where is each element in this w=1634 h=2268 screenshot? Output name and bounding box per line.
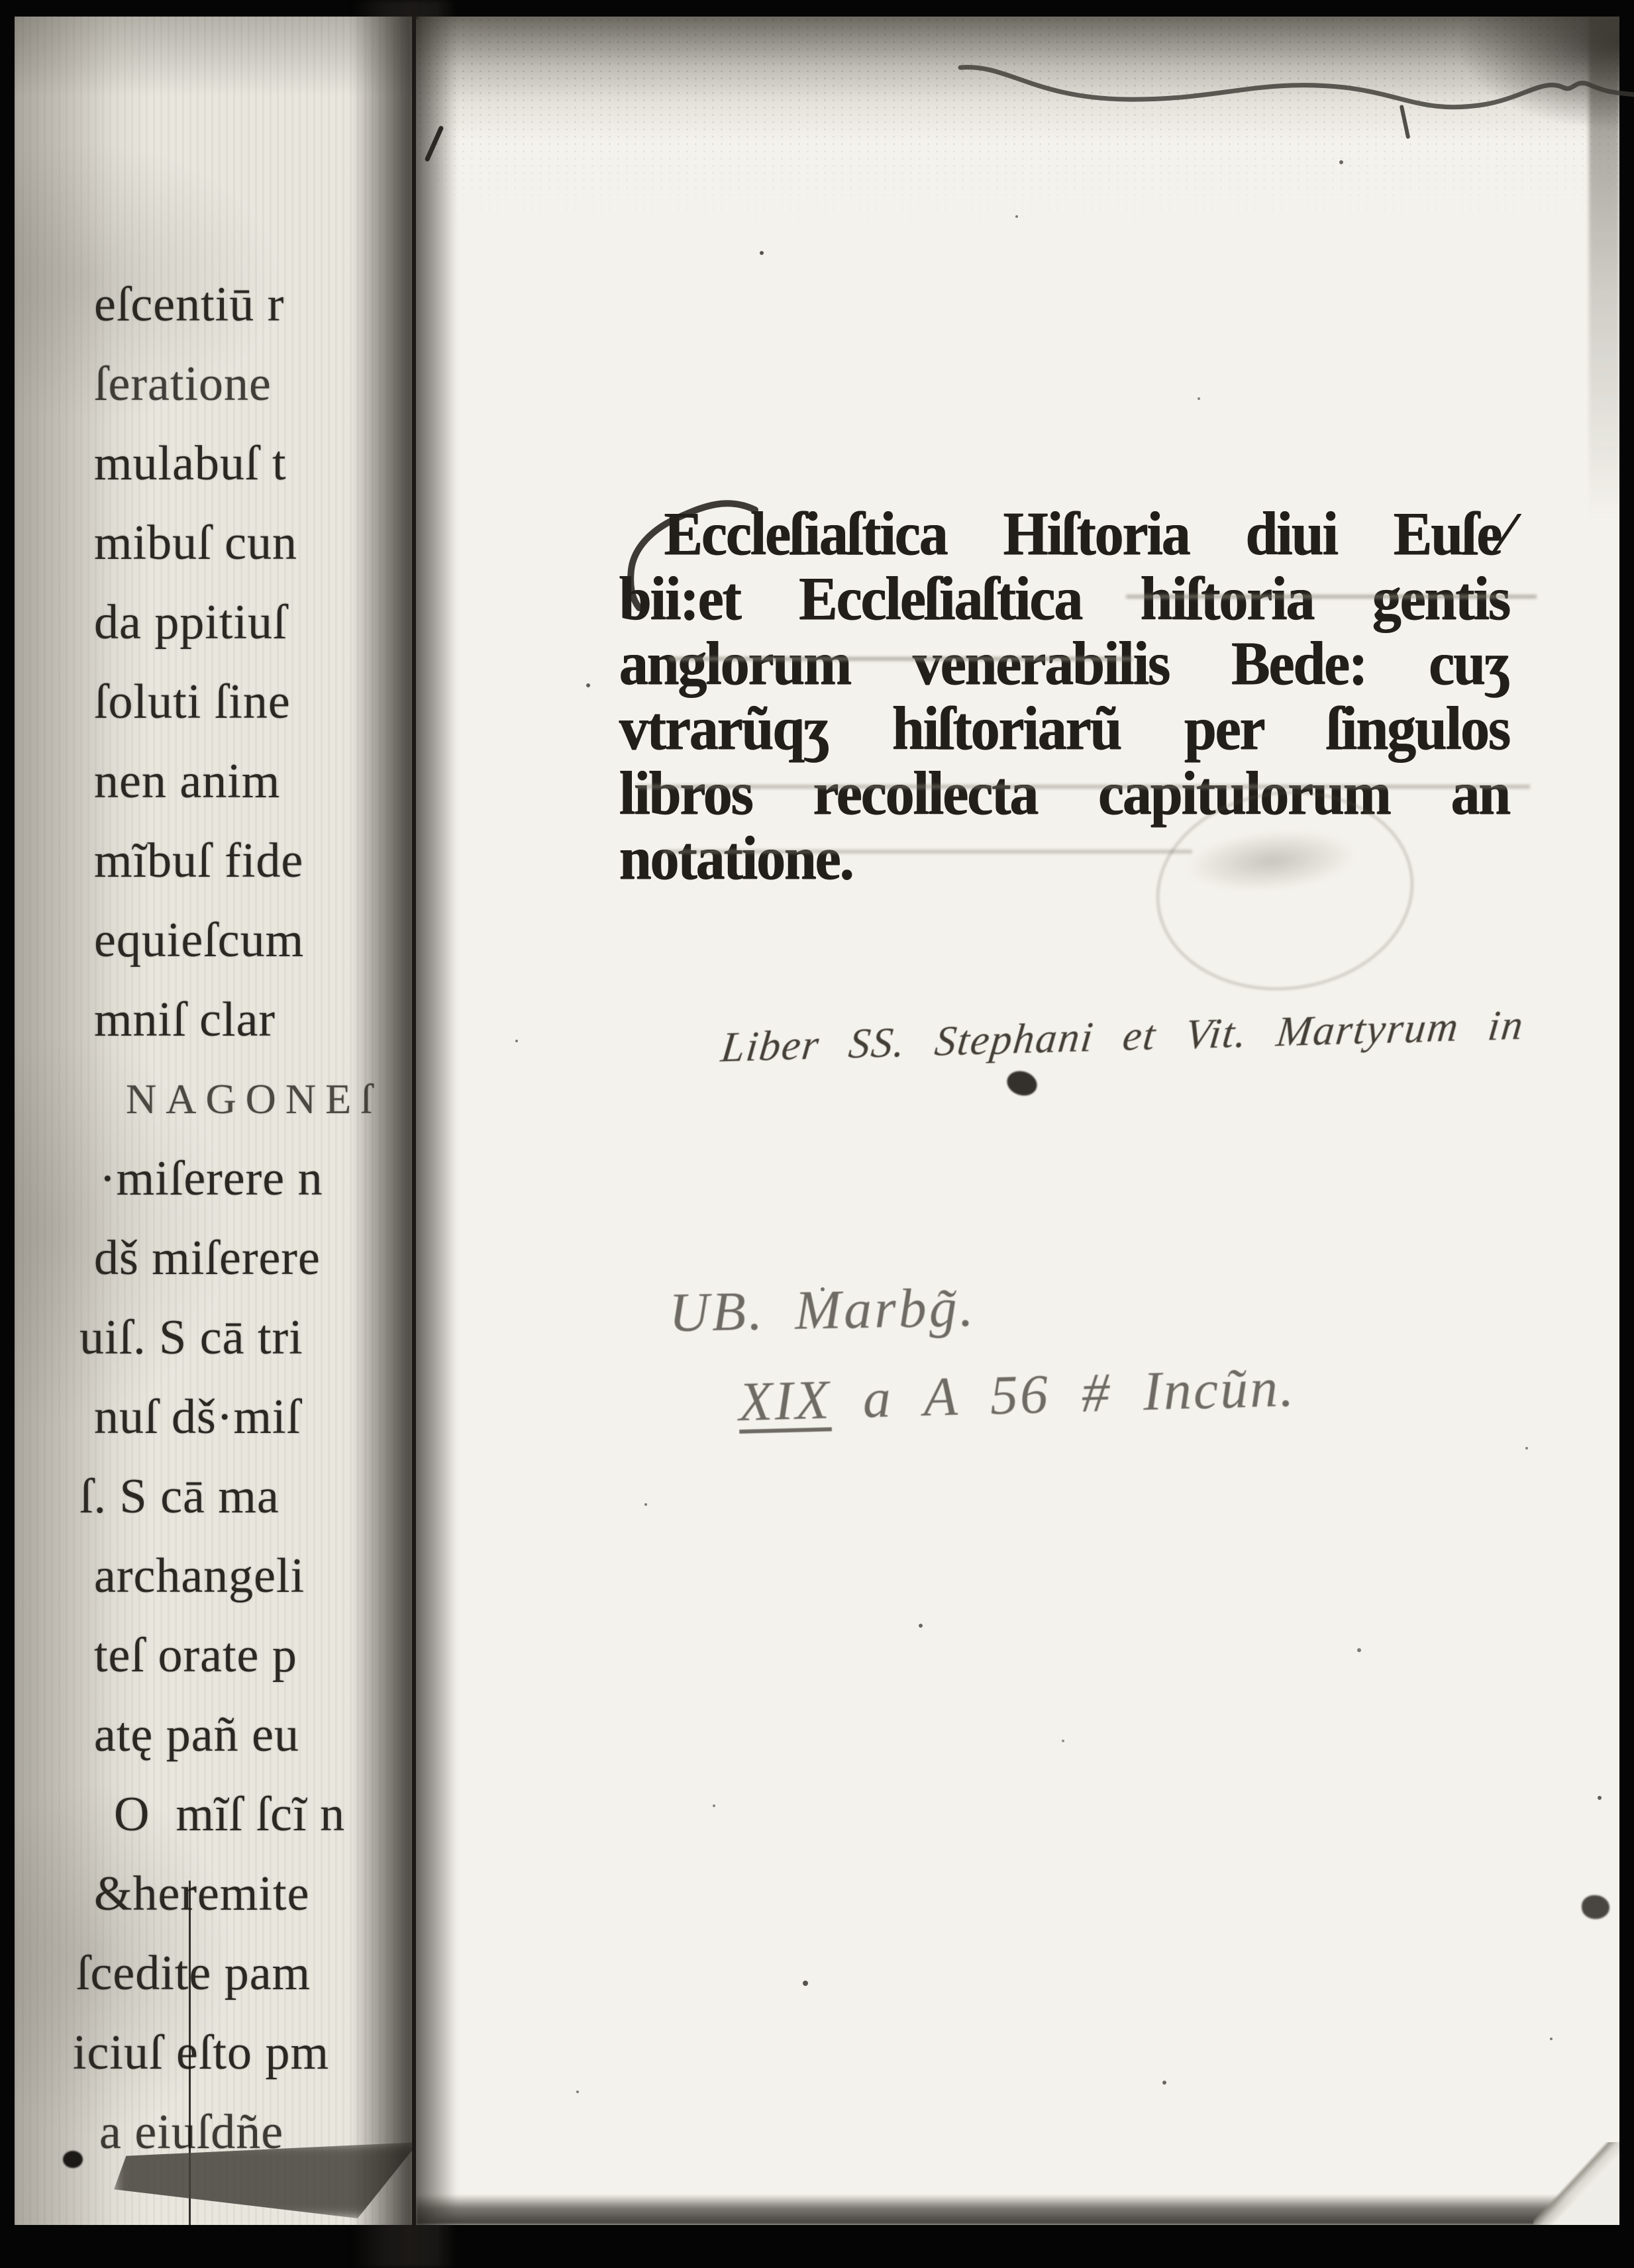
spine-shadow-band: [351, 0, 457, 2268]
shelfmark-roman-numeral: XIX: [738, 1369, 832, 1433]
pencil-library-mark: UB. Marbg̃.: [668, 1275, 976, 1345]
title-line: anglorum venerabilis Bede: cuʒ: [619, 632, 1509, 697]
print-smear: [636, 785, 1530, 789]
page-bottom-shadow: [416, 2194, 1619, 2225]
title-line: bii:et Eccleſiaſtica hiſtoria gentis: [619, 567, 1509, 632]
print-smear: [669, 657, 1133, 661]
print-smear: [662, 850, 1192, 854]
shelfmark-rest: a A 56 # Incũn.: [830, 1357, 1296, 1430]
page-dogear-corner: [1533, 2142, 1619, 2225]
print-smear: [1126, 595, 1537, 599]
title-page: [416, 17, 1619, 2225]
ink-spot: [1582, 1895, 1609, 1919]
title-line: vtrarũqʒ hiſtoriarũ per ſingulos: [619, 697, 1509, 762]
paper-crease-line: [0, 0, 1634, 199]
title-line: Eccleſiaſtica Hiſtoria diui Euſe∕: [619, 502, 1509, 567]
ink-spot: [63, 2151, 83, 2168]
